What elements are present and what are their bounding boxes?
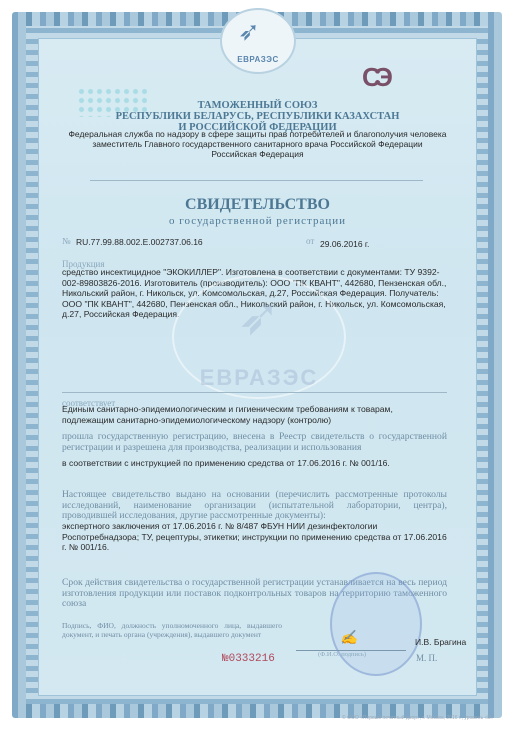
certificate-date: 29.06.2016 г. xyxy=(320,239,369,249)
date-label: от xyxy=(306,236,314,246)
document-title: СВИДЕТЕЛЬСТВО xyxy=(40,196,475,214)
issuing-agency: Федеральная служба по надзору в сфере за… xyxy=(40,129,475,159)
basis-documents: экспертного заключения от 17.06.2016 г. … xyxy=(62,521,447,553)
watermark-label: ЕВРАЗЭС xyxy=(174,365,344,391)
official-seal-icon xyxy=(330,572,422,676)
number-label: № xyxy=(62,236,71,246)
signatory-name: И.В. Брагина xyxy=(415,637,466,647)
union-line: ТАМОЖЕННЫЙ СОЮЗ xyxy=(40,100,475,111)
eurasec-watermark: ➶ ЕВРАЗЭС xyxy=(172,275,346,399)
agency-line: Федеральная служба по надзору в сфере за… xyxy=(40,129,475,139)
eurasec-emblem: ➶ ЕВРАЗЭС xyxy=(220,8,296,74)
signature-caption: Подпись, ФИО, должность уполномоченного … xyxy=(62,622,282,639)
emblem-label: ЕВРАЗЭС xyxy=(222,55,294,64)
printer-footer: © ООО «Первый печатный двор», г. Москва,… xyxy=(342,715,493,721)
conformity-mark-icon: СЭ xyxy=(362,62,387,93)
complies-requirements: Единым санитарно-эпидемиологическим и ги… xyxy=(62,404,447,425)
form-serial-number: №0333216 xyxy=(222,653,275,665)
bird-icon: ➶ xyxy=(238,16,260,46)
agency-line: Российская Федерация xyxy=(40,149,475,159)
agency-line: заместитель Главного государственного са… xyxy=(40,139,475,149)
union-line: РЕСПУБЛИКИ БЕЛАРУСЬ, РЕСПУБЛИКИ КАЗАХСТА… xyxy=(40,111,475,122)
seal-place-label: М. П. xyxy=(416,653,437,663)
basis-statement: Настоящее свидетельство выдано на основа… xyxy=(62,490,447,522)
certificate-number: RU.77.99.88.002.Е.002737.06.16 xyxy=(76,237,203,247)
instruction-reference: в соответствии с инструкцией по применен… xyxy=(62,458,447,469)
signature-icon: ✍ xyxy=(340,630,357,647)
signature-line-caption: (Ф.И.О. подпись) xyxy=(318,651,366,658)
registration-statement: прошла государственную регистрацию, внес… xyxy=(62,432,447,453)
divider xyxy=(90,180,423,181)
divider xyxy=(62,392,447,393)
watermark-bird-icon: ➶ xyxy=(174,277,344,357)
document-subtitle: о государственной регистрации xyxy=(40,215,475,227)
